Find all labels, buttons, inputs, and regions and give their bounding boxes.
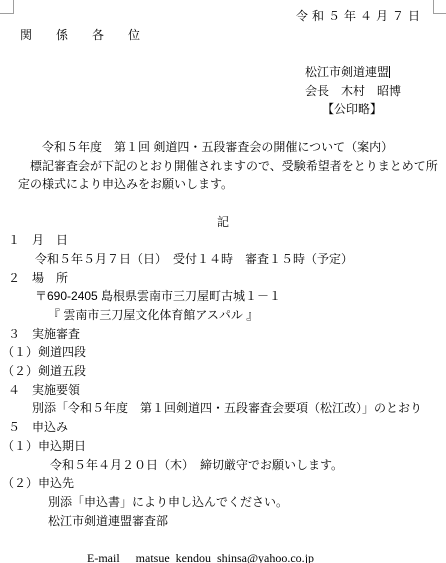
document-page: 令和５年４月７日 関 係 各 位 松江市剣道連盟 会長 木村 昭博 【公印略】 … xyxy=(0,0,446,563)
seal-omitted-note: 【公印略】 xyxy=(322,100,446,119)
section-5-apply-note: 別添「申込書」により申し込んでください。 xyxy=(48,493,446,512)
section-4-detail: 別添「令和５年度 第１回剣道四・五段審査会要項（松江改）」のとおり xyxy=(32,399,446,418)
section-1-detail: 令和５年５月７日（日） 受付１４時 審査１５時（予定） xyxy=(35,250,446,269)
recipient-line: 関 係 各 位 xyxy=(20,26,446,45)
body-paragraph-line-1: 標記審査会が下記のとおり開催されますので、受験希望者をとりまとめて所 xyxy=(30,157,446,176)
section-5-heading: ５ 申込み xyxy=(8,418,446,437)
email-address-tail-spellcheck: jp xyxy=(305,551,314,563)
top-left-margin-mark xyxy=(0,0,14,14)
email-address: matsue_kendou_shinsa@yahoo.co.jp xyxy=(136,551,314,563)
blank-line xyxy=(0,44,446,63)
sender-org-text: 松江市剣道連盟 xyxy=(305,65,389,79)
section-5-apply-dept: 松江市剣道連盟審査部 xyxy=(48,512,446,531)
email-address-main: matsue_kendou_shinsa@yahoo.co. xyxy=(136,551,305,563)
section-2-heading: ２ 場 所 xyxy=(8,269,446,288)
document-title: 令和５年度 第１回 剣道四・五段審査会の開催について（案内） xyxy=(42,138,446,157)
section-3-heading: ３ 実施審査 xyxy=(8,325,446,344)
record-heading: 記 xyxy=(0,213,446,232)
text-caret xyxy=(389,66,390,78)
body-paragraph-line-2: 定の様式により申込みをお願いします。 xyxy=(18,175,446,194)
email-line: E-mailmatsue_kendou_shinsa@yahoo.co.jp xyxy=(75,530,446,549)
blank-line xyxy=(0,194,446,213)
section-2-venue: 『 雲南市三刀屋文化体育館アスパル 』 xyxy=(48,306,446,325)
email-label: E-mail xyxy=(87,551,120,563)
sender-president-line: 会長 木村 昭博 xyxy=(305,82,446,101)
section-3-item-2: （２）剣道五段 xyxy=(2,362,446,381)
date-line: 令和５年４月７日 xyxy=(0,7,446,26)
section-5-item-2: （２）申込先 xyxy=(2,474,446,493)
section-4-heading: ４ 実施要領 xyxy=(8,381,446,400)
section-2-address: 〒690-2405 島根県雲南市三刀屋町古城１－１ xyxy=(35,287,446,306)
sender-org-line: 松江市剣道連盟 xyxy=(305,63,446,82)
top-right-margin-mark xyxy=(433,0,446,14)
section-1-heading: １ 月 日 xyxy=(8,231,446,250)
section-5-deadline: 令和５年４月２０日（木） 締切厳守でお願いします。 xyxy=(50,456,446,475)
section-5-item-1: （１）申込期日 xyxy=(2,437,446,456)
section-3-item-1: （１）剣道四段 xyxy=(2,343,446,362)
blank-line xyxy=(0,119,446,138)
